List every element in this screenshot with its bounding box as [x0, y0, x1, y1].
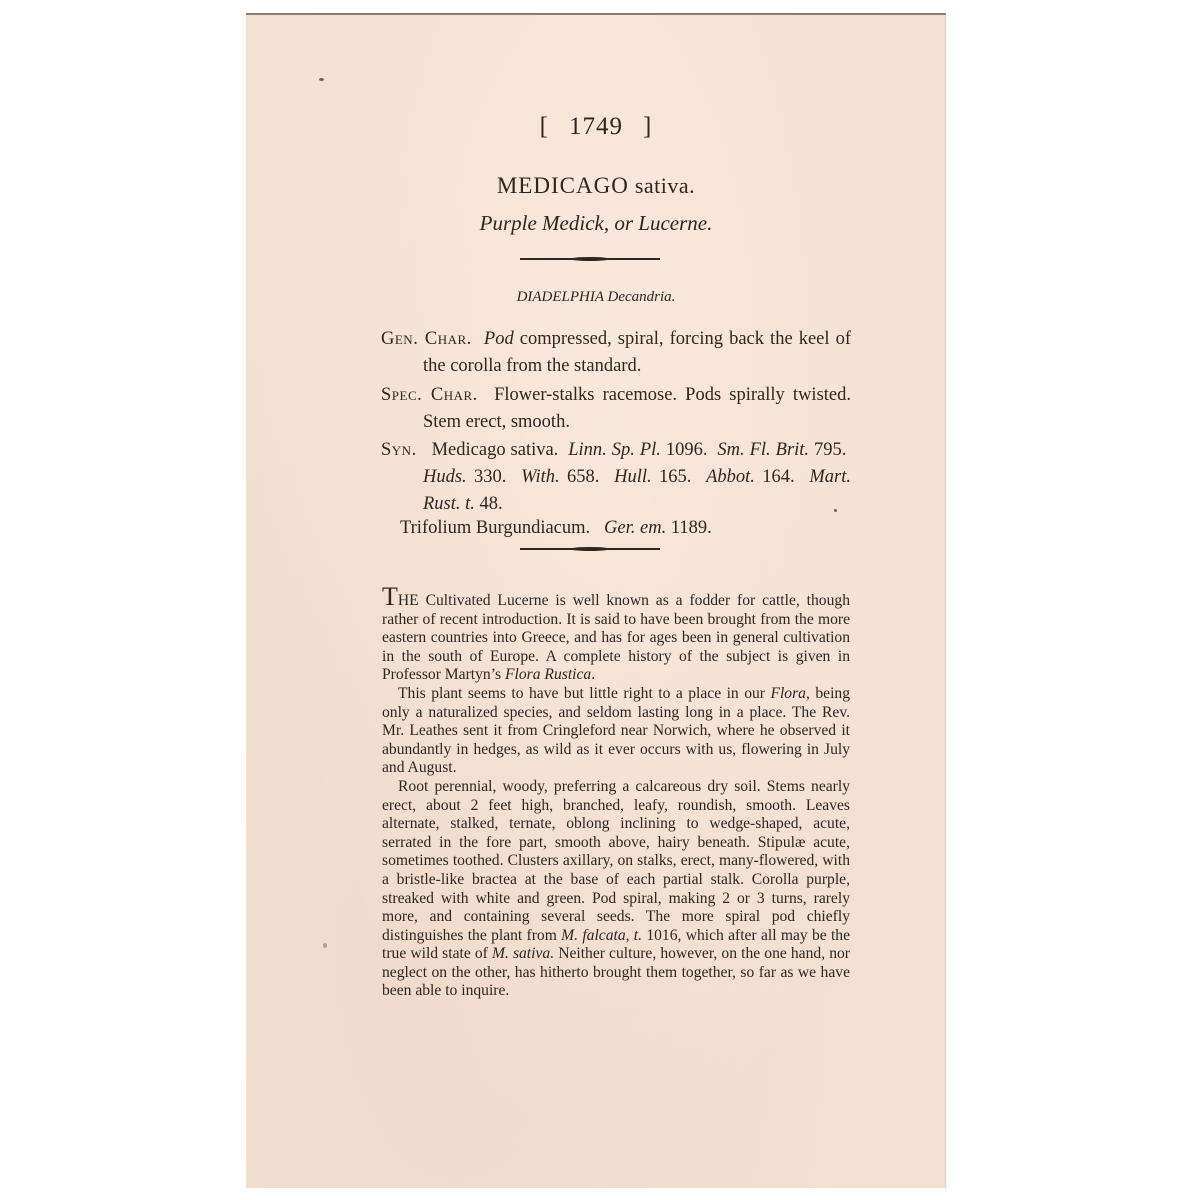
book-page: [1749] MEDICAGO sativa. Purple Medick, o… — [246, 13, 946, 1188]
bracket-open: [ — [540, 113, 549, 140]
syn-label: Syn. — [381, 440, 417, 460]
specific-character: Spec. Char. Flower-stalks racemose. Pods… — [381, 382, 851, 436]
linnaean-classification: DIADELPHIA Decandria. — [246, 289, 946, 306]
genus-name: MEDICAGO — [497, 173, 629, 198]
flora-rustica-ref: Flora Rustica — [505, 666, 591, 683]
generic-character: Gen. Char. Pod compressed, spiral, forci… — [381, 326, 851, 380]
syn-part: Hull. — [614, 467, 652, 487]
syn-part: 165. — [659, 467, 691, 487]
page-number: [1749] — [246, 113, 946, 141]
syn-part: 330. — [474, 467, 506, 487]
paper-foxing-spot — [323, 943, 327, 948]
ornamental-rule-bottom — [520, 548, 660, 550]
spec-char-text: Flower-stalks racemose. Pods spirally tw… — [423, 385, 851, 432]
lead-caps: HE — [398, 592, 419, 609]
page-number-value: 1749 — [569, 113, 623, 140]
gen-char-lead: Pod — [484, 329, 514, 349]
paper-foxing-spot — [834, 509, 837, 512]
paragraph-text: Root perennial, woody, preferring a calc… — [382, 778, 850, 944]
species-name: sativa. — [635, 173, 695, 198]
synonym-trifolium: Trifolium Burgundiacum. Ger. em. 1189. — [400, 518, 712, 539]
syn-part: Abbot. — [706, 467, 755, 487]
spec-char-label: Spec. Char. — [381, 385, 478, 405]
sativa-ref: M. sativa. — [492, 945, 554, 962]
bracket-close: ] — [643, 113, 652, 140]
species-title: MEDICAGO sativa. — [246, 173, 946, 199]
common-name: Purple Medick, or Lucerne. — [246, 211, 946, 236]
trifolium-ref-num: 1189. — [671, 518, 712, 538]
syn-part: Medicago sativa. — [432, 440, 559, 460]
syn-part: 48. — [480, 494, 503, 514]
paragraph-description: Root perennial, woody, preferring a calc… — [382, 778, 850, 1001]
falcata-ref: M. falcata, t. — [561, 927, 642, 944]
trifolium-ref: Ger. em. — [604, 518, 666, 538]
syn-part: Huds. — [423, 467, 467, 487]
syn-part: Linn. Sp. Pl. — [568, 440, 661, 460]
drop-cap: T — [382, 582, 398, 611]
synonyms: Syn. Medicago sativa. Linn. Sp. Pl. 1096… — [381, 437, 851, 518]
paragraph-introduction: THE Cultivated Lucerne is well known as … — [382, 588, 850, 685]
syn-part: 164. — [762, 467, 794, 487]
order-name: Decandria. — [608, 289, 676, 305]
gen-char-label: Gen. Char. — [381, 329, 472, 349]
ornamental-rule-top — [520, 258, 660, 260]
paper-foxing-spot — [319, 78, 324, 81]
paragraph-text: This plant seems to have but little righ… — [398, 685, 770, 702]
paragraph-habitat: This plant seems to have but little righ… — [382, 685, 850, 778]
class-name: DIADELPHIA — [517, 289, 604, 305]
description-body: THE Cultivated Lucerne is well known as … — [382, 588, 850, 1001]
syn-part: 658. — [567, 467, 599, 487]
syn-part: Sm. Fl. Brit. — [717, 440, 809, 460]
paragraph-end: . — [591, 666, 595, 683]
trifolium-name: Trifolium Burgundiacum. — [400, 518, 590, 538]
syn-part: 1096. — [666, 440, 708, 460]
flora-ref: Flora — [770, 685, 806, 702]
syn-part: With. — [521, 467, 560, 487]
paragraph-text: Cultivated Lucerne is well known as a fo… — [382, 592, 850, 683]
syn-part: 795. — [814, 440, 846, 460]
